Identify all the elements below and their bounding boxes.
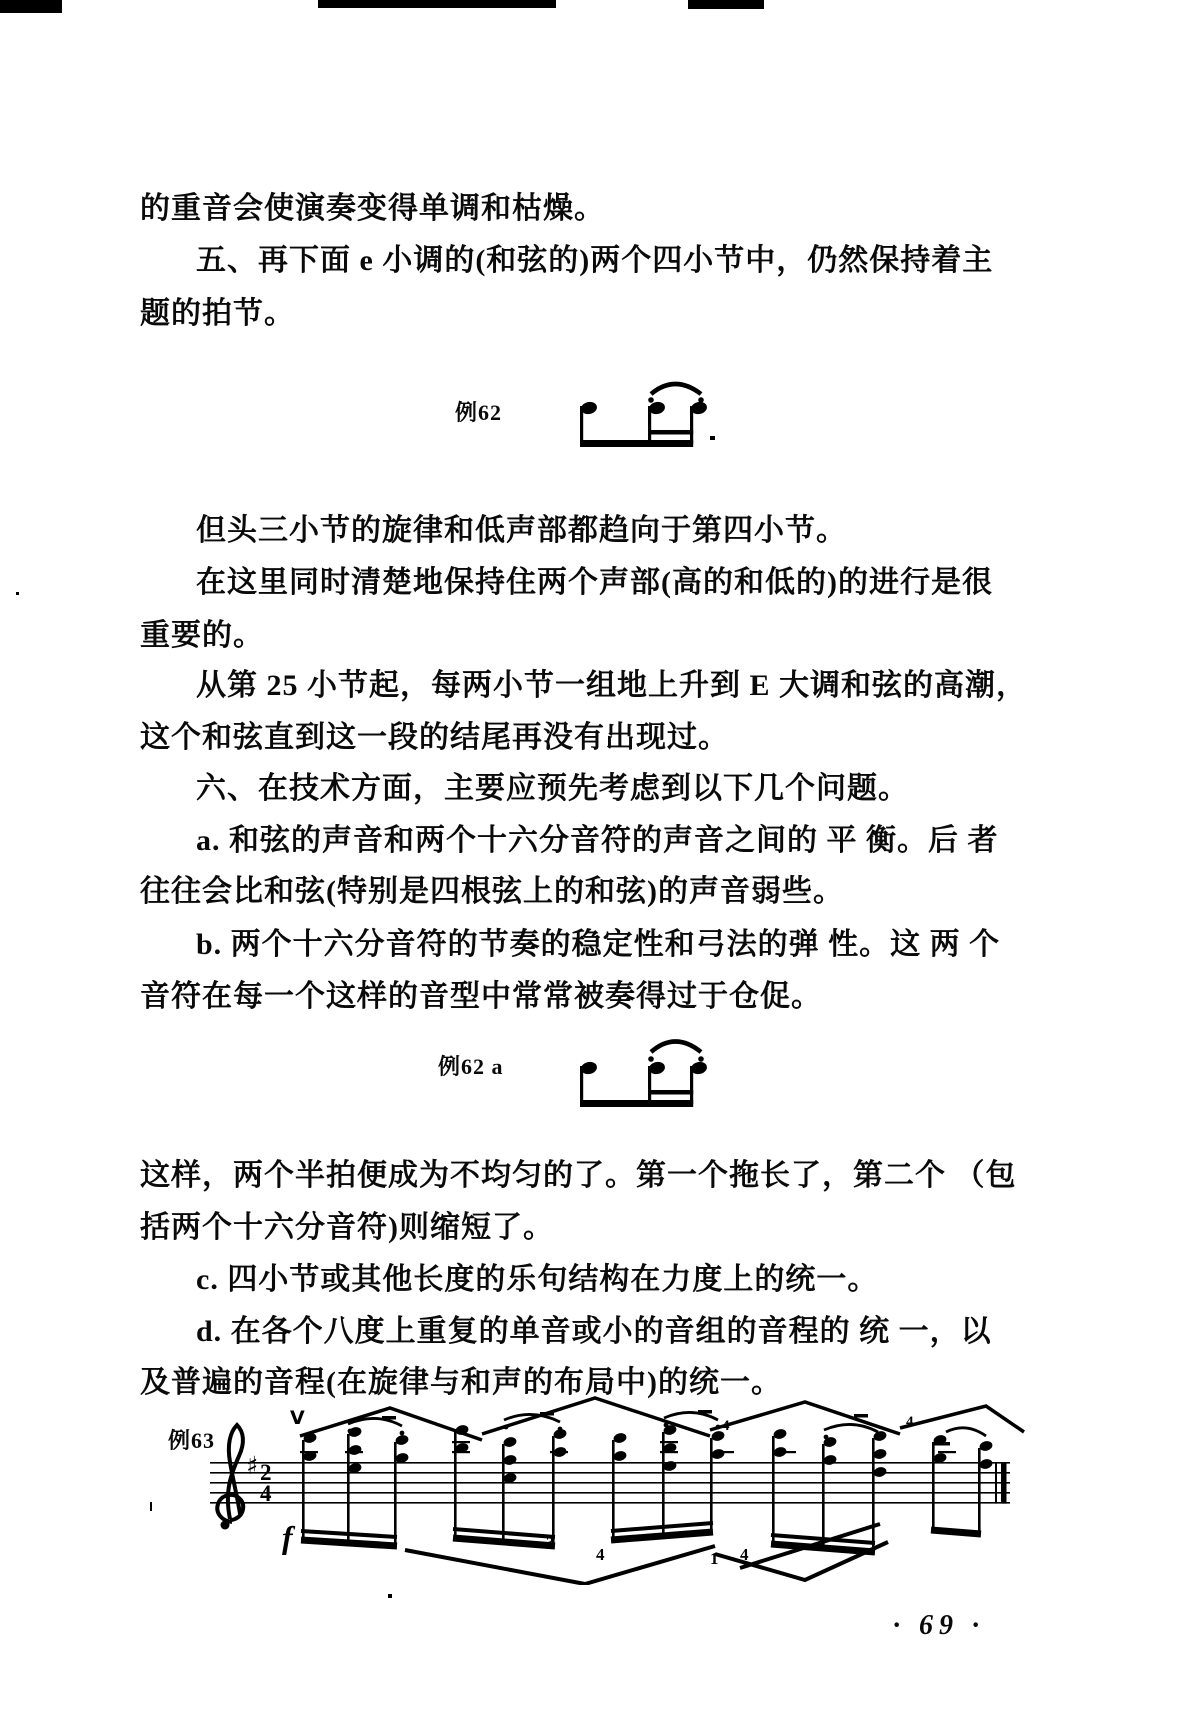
note-stem	[690, 1066, 693, 1104]
lower-phrase-marks	[405, 1524, 888, 1584]
rhythm-figure	[580, 1042, 708, 1108]
staccato-dot	[648, 397, 654, 403]
treble-clef	[217, 1425, 243, 1530]
staccato-dot	[400, 1431, 405, 1436]
staccato-dot	[698, 1056, 704, 1062]
paragraph-line: 的重音会使演奏变得单调和枯燥。	[140, 183, 605, 227]
scan-artifact	[16, 592, 19, 595]
staccato-dot	[348, 1429, 353, 1434]
fingering: 3	[546, 1533, 555, 1552]
paragraph-line: 这个和弦直到这一段的结尾再没有出现过。	[140, 712, 729, 756]
tenuto-dash	[540, 1412, 554, 1416]
final-barline-thick	[1001, 1462, 1007, 1504]
paragraph-line: a. 和弦的声音和两个十六分音符的声音之间的 平 衡。后 者	[196, 815, 999, 859]
paragraph-line: 五、再下面 e 小调的(和弦的)两个四小节中，仍然保持着主	[196, 235, 993, 279]
tenuto-dash	[932, 1442, 950, 1446]
example-62-label: 例62	[455, 396, 502, 427]
dynamic-f: f	[282, 1519, 296, 1555]
tenuto-dash	[698, 1410, 712, 1414]
paragraph-line: 六、在技术方面，主要应预先考虑到以下几个问题。	[196, 763, 909, 807]
music-notation-ex62	[575, 372, 725, 454]
paragraph-line: 音符在每一个这样的音型中常常被奏得过于仓促。	[140, 971, 822, 1015]
note-groups	[300, 1424, 993, 1553]
up-bow-mark: V	[290, 1407, 305, 1429]
page: 的重音会使演奏变得单调和枯燥。 五、再下面 e 小调的(和弦的)两个四小节中，仍…	[0, 0, 1200, 1733]
staccato-dot	[504, 1425, 509, 1430]
scan-artifact	[688, 0, 764, 9]
fingering: 4	[722, 1418, 730, 1434]
eighth-beam	[580, 1100, 693, 1107]
fingering: 4	[906, 1414, 914, 1430]
paragraph-line: 从第 25 小节起，每两小节一组地上升到 E 大调和弦的高潮，	[196, 660, 1027, 704]
staccato-dot	[648, 1056, 654, 1062]
tenuto-dash	[854, 1414, 868, 1418]
sixteenth-beam	[648, 430, 693, 435]
music-notation-ex63: ♯ 2 4	[150, 1390, 1030, 1585]
music-notation-ex62a	[575, 1032, 725, 1114]
final-barline-thin	[995, 1462, 997, 1504]
staff-lines	[210, 1462, 1010, 1504]
time-signature-bottom: 4	[260, 1481, 272, 1506]
fingering: 1	[710, 1549, 719, 1568]
fingering: 4	[740, 1545, 749, 1564]
scan-artifact	[318, 0, 556, 8]
note-stem	[648, 406, 651, 444]
scan-artifact	[388, 1594, 392, 1598]
paragraph-line: 括两个十六分音符)则缩短了。	[140, 1202, 554, 1246]
staccato-dot	[558, 1427, 563, 1432]
scan-artifact	[0, 0, 62, 13]
page-number: · 69 ·	[893, 1610, 985, 1642]
paragraph-line: c. 四小节或其他长度的乐句结构在力度上的统一。	[196, 1254, 878, 1298]
note-stem	[690, 406, 693, 444]
slur	[651, 1042, 701, 1053]
paragraph-line: 但头三小节的旋律和低声部都趋向于第四小节。	[196, 505, 847, 549]
fingering: 4	[596, 1545, 605, 1564]
sixteenth-beam	[648, 1090, 693, 1095]
staccato-dot	[698, 397, 704, 403]
rhythm-figure	[580, 384, 708, 447]
staccato-dot	[716, 1425, 721, 1430]
slur	[651, 384, 701, 394]
note-stem	[580, 1066, 583, 1104]
paragraph-line: d. 在各个八度上重复的单音或小的音组的音程的 统 一，以	[196, 1306, 992, 1350]
slur	[664, 1412, 718, 1420]
note-stem	[648, 1066, 651, 1104]
paragraph-line: 这样，两个半拍便成为不均匀的了。第一个拖长了，第二个 （包	[140, 1150, 1017, 1194]
example-62a-label: 例62 a	[438, 1050, 504, 1081]
paragraph-line: 重要的。	[140, 610, 264, 654]
slur	[946, 1428, 986, 1436]
staccato-dot	[824, 1435, 829, 1440]
paragraph-line: 题的拍节。	[140, 288, 295, 332]
eighth-beam	[580, 440, 693, 447]
paragraph-line: b. 两个十六分音符的节奏的稳定性和弓法的弹 性。这 两 个	[196, 919, 1000, 963]
paragraph-line: 在这里同时清楚地保持住两个声部(高的和低的)的进行是很	[196, 557, 993, 601]
paragraph-line: 往往会比和弦(特别是四根弦上的和弦)的声音弱些。	[140, 866, 844, 910]
note-stem	[580, 406, 583, 444]
staccato-dot	[664, 1423, 669, 1428]
key-signature-sharp: ♯	[246, 1451, 258, 1480]
tenuto-dash	[382, 1416, 396, 1420]
